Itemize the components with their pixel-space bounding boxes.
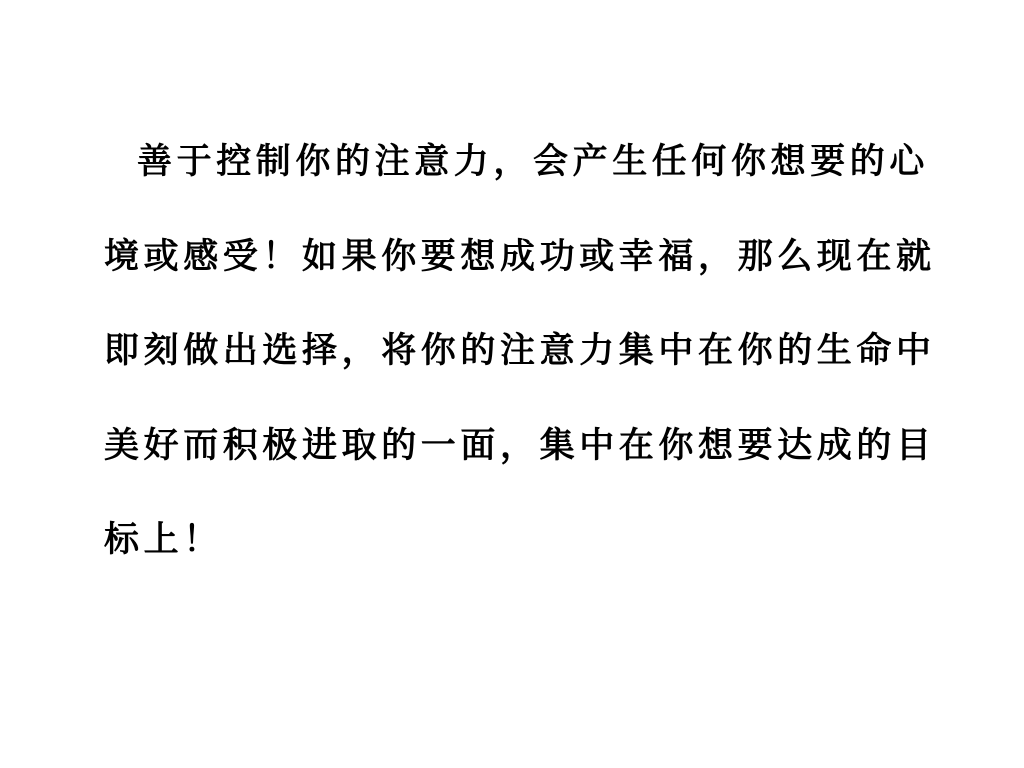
body-paragraph: 善于控制你的注意力，会产生任何你想要的心 境或感受！如果你要想成功或幸福，那么现… xyxy=(104,115,944,588)
paragraph-line-1: 善于控制你的注意力，会产生任何你想要的心 xyxy=(104,115,944,210)
slide: 善于控制你的注意力，会产生任何你想要的心 境或感受！如果你要想成功或幸福，那么现… xyxy=(0,0,1024,768)
paragraph-line-3: 即刻做出选择，将你的注意力集中在你的生命中 xyxy=(104,304,944,399)
paragraph-line-2: 境或感受！如果你要想成功或幸福，那么现在就 xyxy=(104,210,944,305)
paragraph-line-4: 美好而积极进取的一面，集中在你想要达成的目 xyxy=(104,399,944,494)
paragraph-line-5: 标上！ xyxy=(104,493,944,588)
